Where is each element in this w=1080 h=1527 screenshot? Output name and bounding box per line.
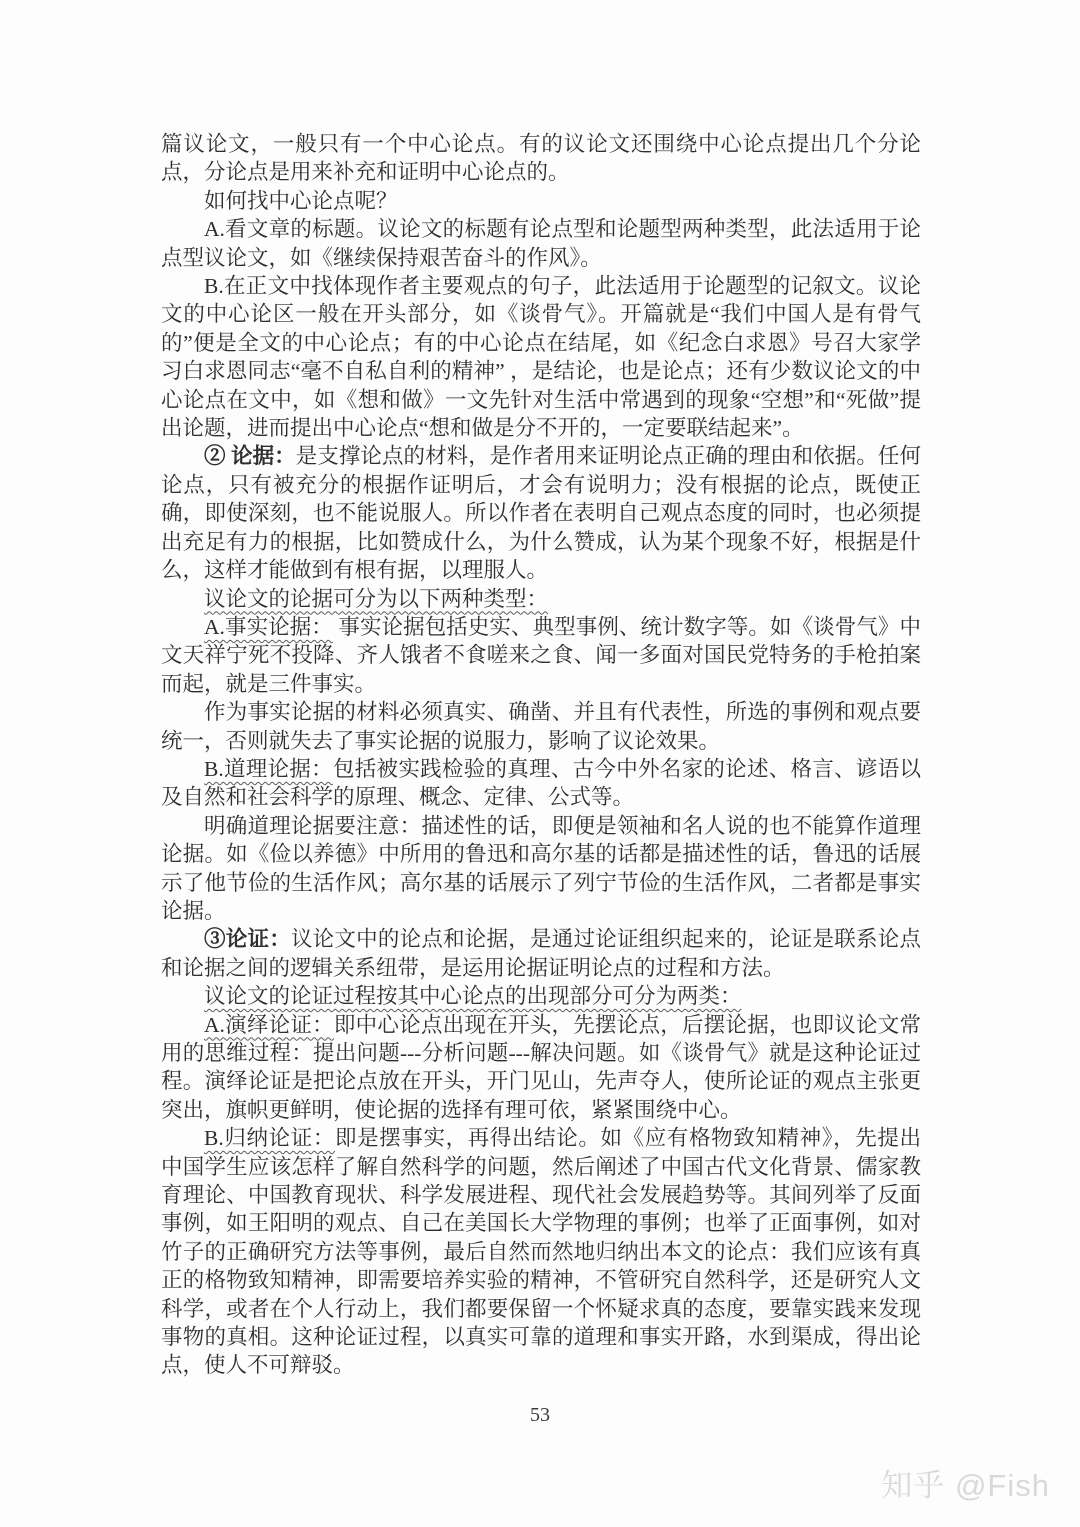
- segment-underlined-term-factual: A.事实论据：: [204, 615, 333, 639]
- segment-bold-term-lunzheng: ③论证：: [204, 927, 291, 951]
- segment-underlined-term-inductive: B.归纳论证：: [204, 1126, 335, 1150]
- segment-underlined-heading: 议论文的论证过程按其中心论点的出现部分可分为两类：: [204, 984, 742, 1008]
- paragraph-method-a-title: A.看文章的标题。议论文的标题有论点型和论题型两种类型，此法适用于论点型议论文，…: [161, 215, 921, 272]
- segment-text: 明确道理论据要注意：描述性的话，即便是领袖和名人说的也不能算作道理论据。如《俭以…: [161, 814, 921, 923]
- document-body: 篇议论文，一般只有一个中心论点。有的议论文还围绕中心论点提出几个分论点，分论点是…: [161, 130, 921, 1380]
- paragraph-method-b-body: B.在正文中找体现作者主要观点的句子，此法适用于论题型的记叙文。议论文的中心论区…: [161, 272, 921, 442]
- paragraph-factual-evidence: A.事实论据： 事实论据包括史实、典型事例、统计数字等。如《谈骨气》中文天祥宁死…: [161, 613, 921, 698]
- paragraph-theoretical-evidence: B.道理论据：包括被实践检验的真理、古今中外名家的论述、格言、谚语以及自然和社会…: [161, 755, 921, 812]
- paragraph-lunzheng-types-heading: 议论文的论证过程按其中心论点的出现部分可分为两类：: [161, 982, 921, 1010]
- paragraph-lunzheng-definition: ③论证：议论文中的论点和论据，是通过论证组织起来的，论证是联系论点和论据之间的逻…: [161, 925, 921, 982]
- segment-text: A.看文章的标题。议论文的标题有论点型和论题型两种类型，此法适用于论点型议论文，…: [161, 217, 921, 269]
- paragraph-how-to-find-thesis: 如何找中心论点呢？: [161, 187, 921, 215]
- zhihu-watermark: 知乎 @Fish: [881, 1460, 1050, 1505]
- page-number: 53: [0, 1404, 1080, 1427]
- segment-text: 篇议论文，一般只有一个中心论点。有的议论文还围绕中心论点提出几个分论点，分论点是…: [161, 132, 921, 184]
- paragraph-lunju-definition: ② 论据：是支撑论点的材料，是作者用来证明论点正确的理由和依据。任何论点，只有被…: [161, 442, 921, 584]
- paragraph-intro-continuation: 篇议论文，一般只有一个中心论点。有的议论文还围绕中心论点提出几个分论点，分论点是…: [161, 130, 921, 187]
- paragraph-lunju-types-heading: 议论文的论据可分为以下两种类型：: [161, 585, 921, 613]
- paragraph-factual-evidence-requirements: 作为事实论据的材料必须真实、确凿、并且有代表性，所选的事例和观点要统一，否则就失…: [161, 698, 921, 755]
- segment-text: B.在正文中找体现作者主要观点的句子，此法适用于论题型的记叙文。议论文的中心论区…: [161, 274, 921, 440]
- segment-bold-term-lunju: ② 论据：: [204, 444, 296, 468]
- document-page: 篇议论文，一般只有一个中心论点。有的议论文还围绕中心论点提出几个分论点，分论点是…: [0, 0, 1080, 1527]
- segment-underlined-term-deductive: A.演绎论证：: [204, 1013, 334, 1037]
- paragraph-theoretical-evidence-note: 明确道理论据要注意：描述性的话，即便是领袖和名人说的也不能算作道理论据。如《俭以…: [161, 812, 921, 926]
- segment-underlined-heading: 议论文的论据可分为以下两种类型：: [204, 587, 548, 611]
- paragraph-deductive-argument: A.演绎论证：即中心论点出现在开头，先摆论点，后摆论据，也即议论文常用的思维过程…: [161, 1011, 921, 1125]
- segment-text: 即是摆事实，再得出结论。如《应有格物致知精神》，先提出中国学生应该怎样了解自然科…: [161, 1126, 921, 1377]
- paragraph-inductive-argument: B.归纳论证：即是摆事实，再得出结论。如《应有格物致知精神》，先提出中国学生应该…: [161, 1124, 921, 1380]
- segment-underlined-term-theoretical: B.道理论据：: [204, 757, 333, 781]
- segment-text: 作为事实论据的材料必须真实、确凿、并且有代表性，所选的事例和观点要统一，否则就失…: [161, 700, 921, 752]
- segment-text: 如何找中心论点呢？: [204, 189, 398, 213]
